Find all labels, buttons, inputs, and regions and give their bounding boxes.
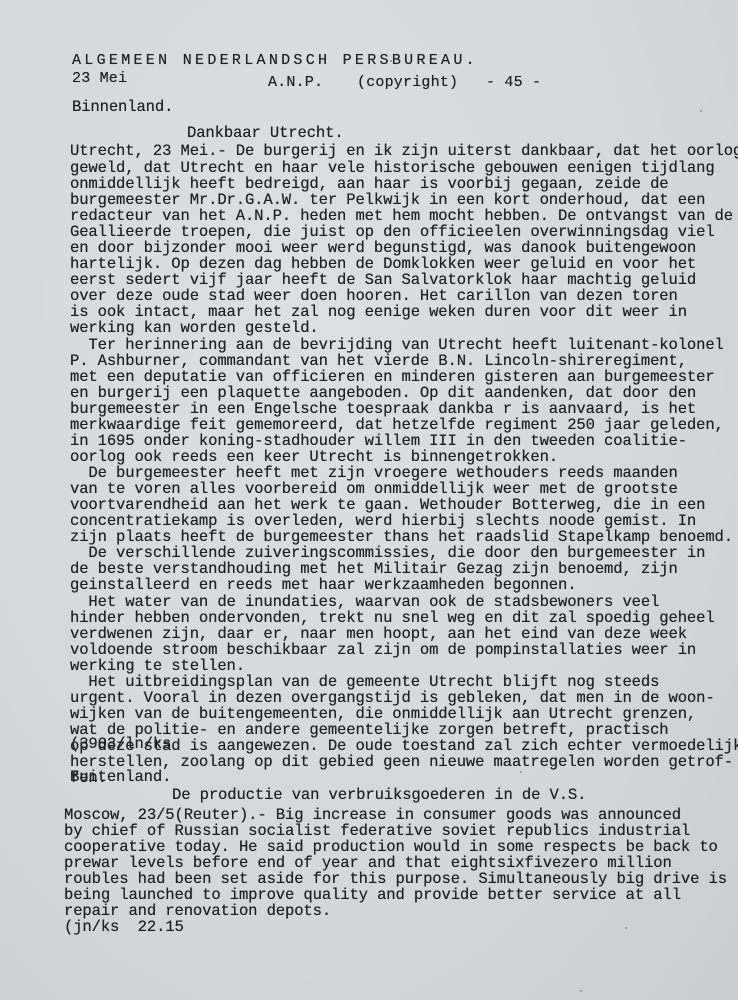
copyright-label: (copyright) xyxy=(357,74,458,92)
paper-speck xyxy=(700,110,702,112)
section-label-binnenland: Binnenland. xyxy=(72,98,173,116)
paper-speck xyxy=(625,927,627,929)
headline-productie-verbruiksgoederen: De productie van verbruiksgoederen in de… xyxy=(172,786,586,804)
page-number: - 45 - xyxy=(486,74,541,92)
headline-dankbaar-utrecht: Dankbaar Utrecht. xyxy=(187,124,344,142)
body-line: Utrecht, 23 Mei.- De burgerij en ik zijn… xyxy=(70,142,738,160)
paper-speck xyxy=(390,60,392,62)
reference-code: (jn/ks 22.15 xyxy=(64,918,184,936)
dispatch-date: 23 Mei xyxy=(72,70,127,88)
reference-code: (3903/ln/ks xyxy=(70,735,171,753)
typewritten-document-page: ALGEMEEN NEDERLANDSCH PERSBUREAU. 23 Mei… xyxy=(0,0,738,1000)
body-line: werking kan worden gesteld. xyxy=(70,319,319,337)
body-line: geinstalleerd en reeds met haar werkzaam… xyxy=(70,576,576,594)
section-label-buitenland: Buitenland. xyxy=(70,768,171,786)
agency-letterhead: ALGEMEEN NEDERLANDSCH PERSBUREAU. xyxy=(72,52,478,70)
source-label: A.N.P. xyxy=(268,74,323,92)
paper-speck xyxy=(580,990,582,992)
paper-speck xyxy=(520,771,522,773)
